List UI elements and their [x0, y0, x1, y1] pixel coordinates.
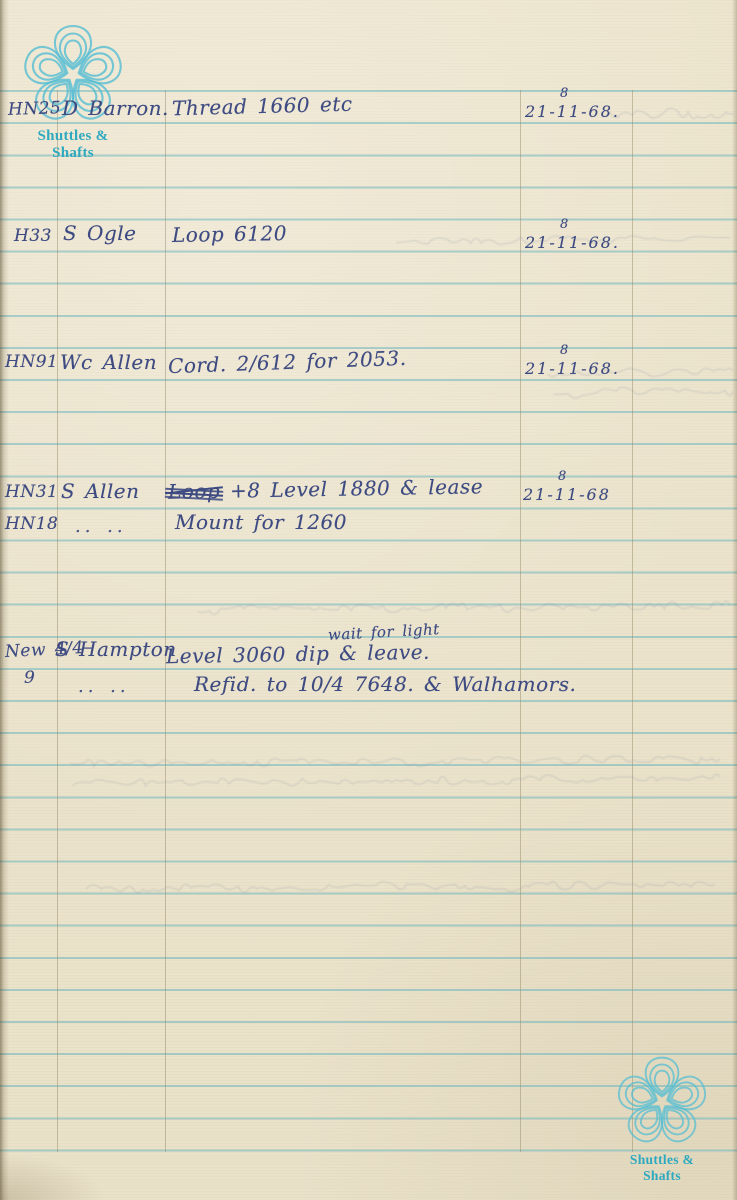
ink-bleedthrough [75, 869, 715, 910]
column-line-2 [165, 90, 166, 1152]
column-line-4 [632, 90, 633, 1152]
entry-2-date-note: 8 [560, 218, 568, 231]
column-line-1 [57, 90, 58, 1152]
ink-bleedthrough [70, 739, 721, 808]
entry-4-text: Loop +8 Level 1880 & lease [168, 476, 483, 501]
watermark-text: Shuttles & Shafts [612, 1152, 712, 1184]
entry-1-date-note: 8 [560, 87, 568, 100]
entry-6-text: Level 3060 dip & leave. [166, 642, 430, 667]
entry-6-person: S Hampton [55, 639, 177, 659]
ink-bleedthrough [190, 590, 730, 632]
struck-out-word: Loop [168, 481, 221, 502]
entry-4-number: HN31 [5, 484, 58, 501]
entry-4-date: 21-11-68 [523, 487, 611, 503]
entry-1-date: 21-11-68. [525, 104, 620, 120]
watermark-bottom-right: Shuttles & Shafts [612, 1054, 712, 1184]
entry-2-number: H33 [14, 228, 52, 245]
entry-4-date-note: 8 [558, 470, 566, 483]
shuttles-shafts-flower-icon [612, 1054, 712, 1148]
entry-7-text: Refid. to 10/4 7648. & Walhamors. [194, 674, 576, 694]
entry-7-number: 9 [24, 670, 35, 687]
entry-5-number: HN18 [5, 516, 58, 533]
page-left-edge [0, 0, 9, 1200]
entry-3-text: Cord. 2/612 for 2053. [168, 348, 407, 376]
column-line-3 [520, 90, 521, 1152]
watermark-text: Shuttles & Shafts [18, 128, 128, 162]
entry-3-date-note: 8 [560, 344, 568, 357]
ledger-page: Shuttles & Shafts Shuttles & Shafts HN25… [0, 0, 737, 1200]
entry-1-number: HN25 [8, 100, 62, 119]
entry-3-person: Wc Allen [60, 352, 157, 372]
corner-shadow [0, 1140, 150, 1200]
entry-5-text: Mount for 1260 [175, 512, 347, 532]
entry-2-person: S Ogle [63, 223, 137, 243]
entry-2-text: Loop 6120 [172, 223, 287, 245]
entry-2-date: 21-11-68. [525, 235, 620, 251]
watermark-top-left: Shuttles & Shafts [18, 22, 128, 162]
entry-3-number: HN91 [5, 354, 58, 371]
entry-7-ditto-marks: .. .. [78, 678, 130, 696]
page-right-edge [732, 0, 737, 1200]
entry-4-person: S Allen [61, 481, 140, 501]
entry-1-person: D Barron. [62, 98, 169, 118]
entry-3-date: 21-11-68. [525, 361, 620, 377]
entry-4-text-rest: +8 Level 1880 & lease [230, 474, 483, 502]
entry-5-ditto-marks: .. .. [75, 518, 127, 536]
entry-1-text: Thread 1660 etc [172, 94, 353, 119]
